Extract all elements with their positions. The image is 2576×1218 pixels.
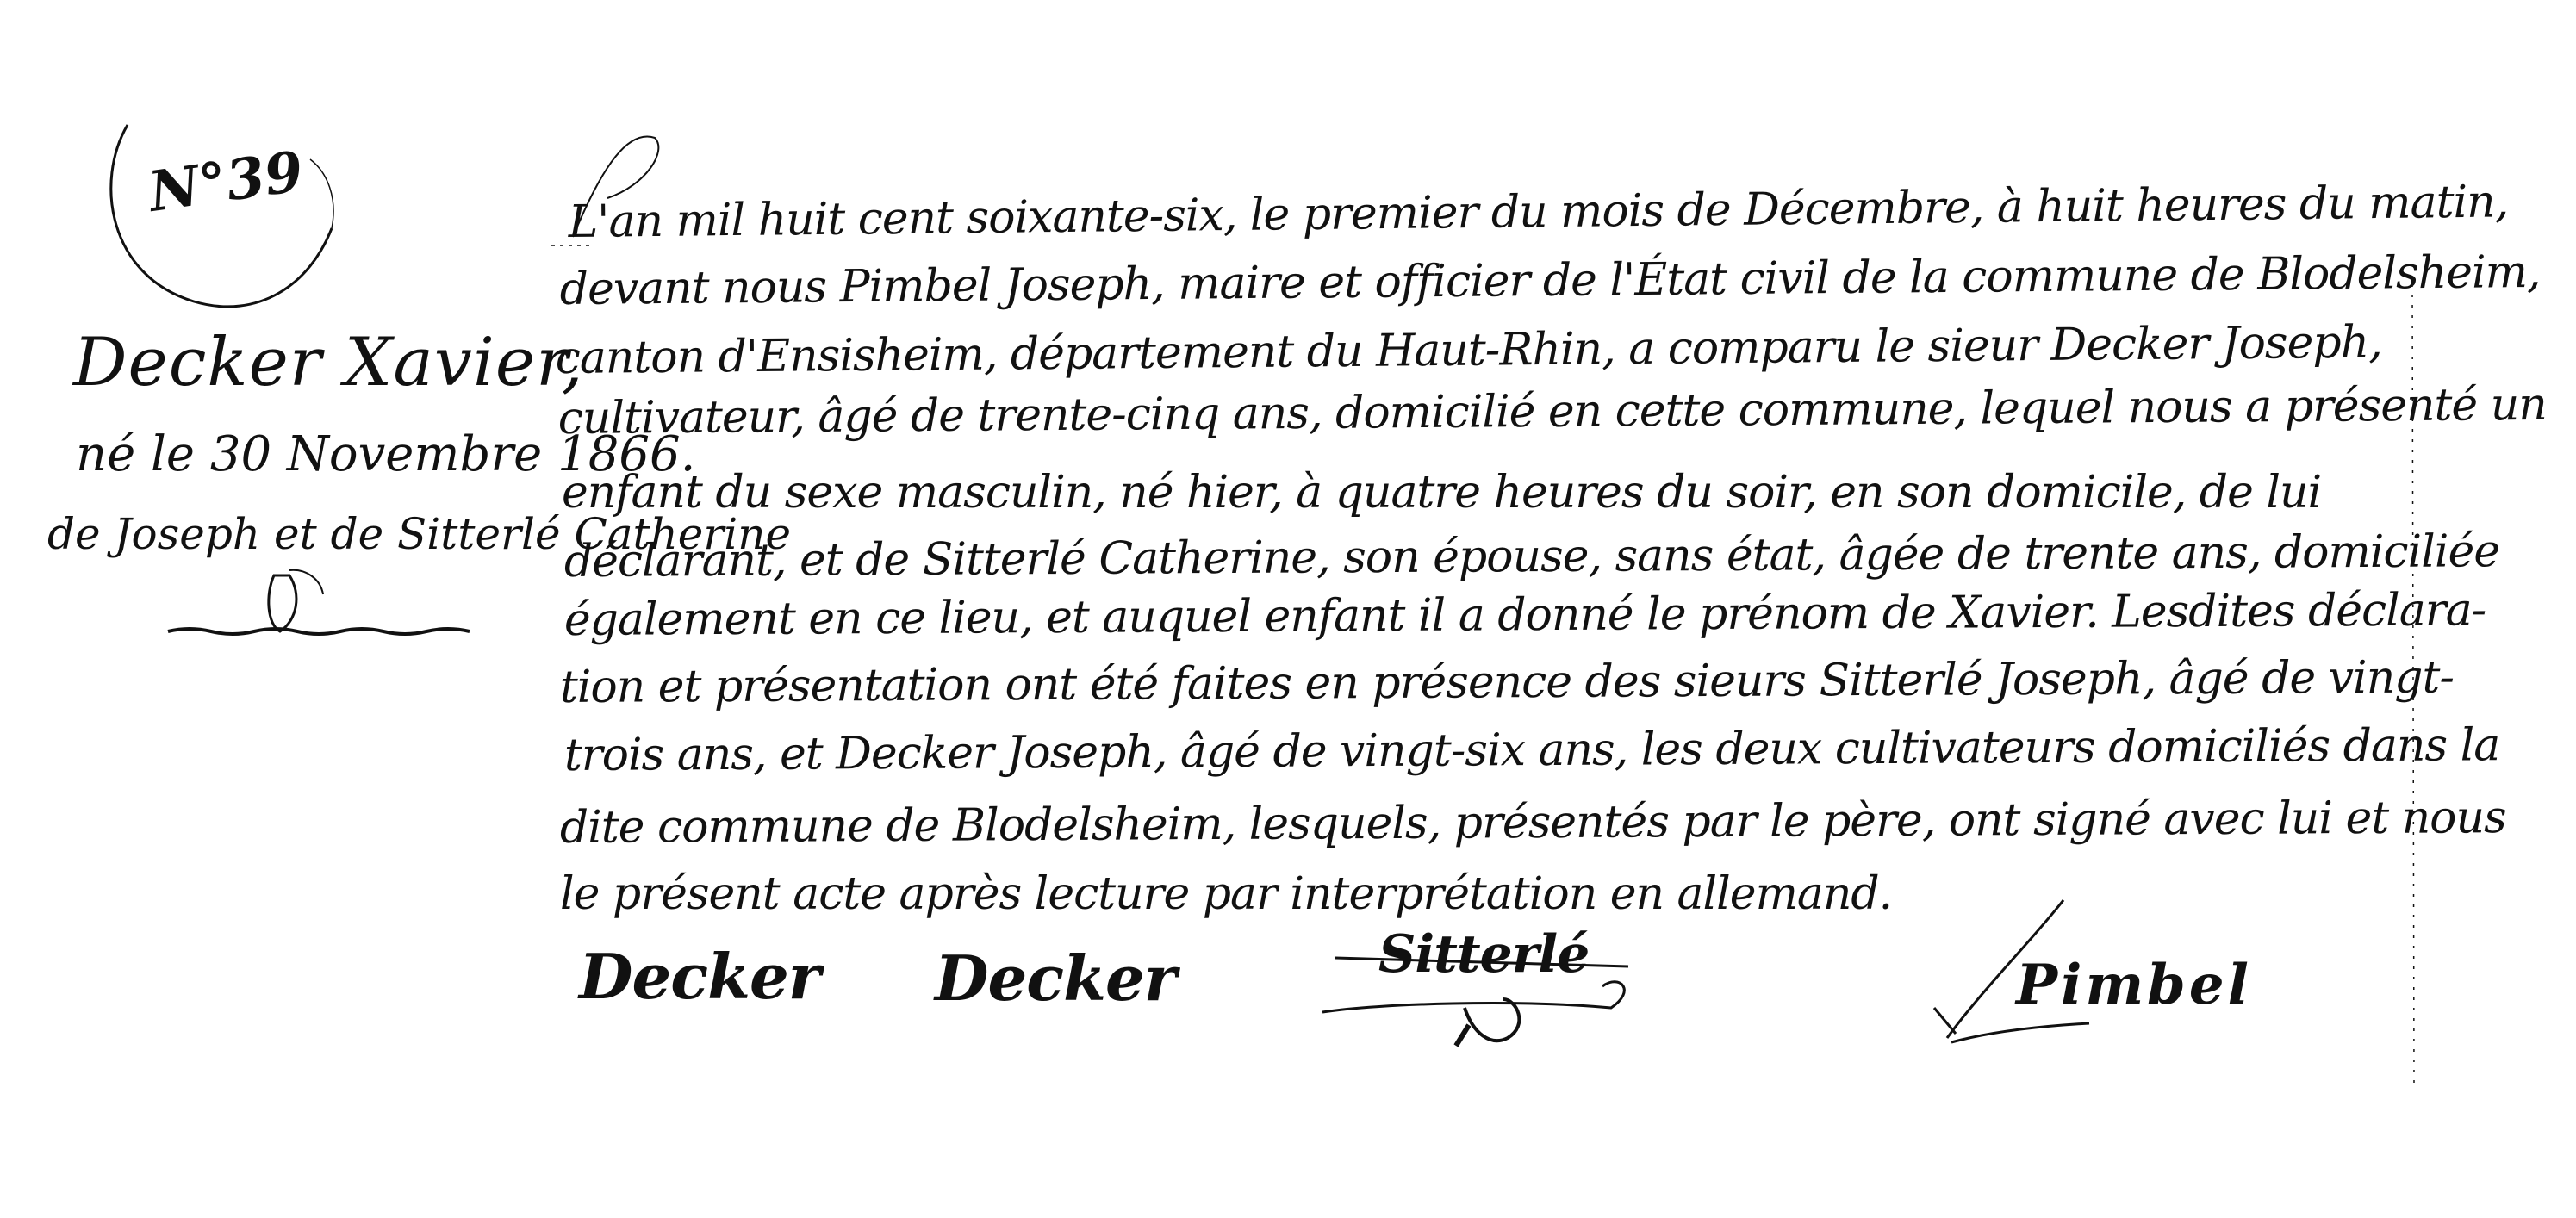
margin-name: Decker Xavier, bbox=[73, 329, 584, 396]
body-line-8: tion et présentation ont été faites en p… bbox=[560, 655, 2454, 710]
sitterle-mark bbox=[1465, 999, 1519, 1041]
body-line-5: enfant du sexe masculin, né hier, à quat… bbox=[562, 470, 2321, 515]
body-line-7: également en ce lieu, et auquel enfant i… bbox=[564, 587, 2486, 643]
body-line-10: dite commune de Blodelsheim, lesquels, p… bbox=[560, 795, 2506, 850]
body-line-9: trois ans, et Decker Joseph, âgé de ving… bbox=[564, 723, 2500, 778]
signature-witness-decker: Decker bbox=[935, 948, 1176, 1010]
body-line-6: déclarant, et de Sitterlé Catherine, son… bbox=[564, 529, 2499, 584]
margin-wavy-rule bbox=[168, 629, 470, 634]
body-line-11: le présent acte après lecture par interp… bbox=[560, 872, 1892, 917]
record-page: N°39 Decker Xavier, né le 30 Novembre 18… bbox=[0, 0, 2576, 1218]
signature-father: Decker bbox=[579, 946, 820, 1008]
record-number: N°39 bbox=[146, 145, 307, 221]
body-line-1: L'an mil huit cent soixante-six, le prem… bbox=[568, 179, 2508, 245]
body-line-2: devant nous Pimbel Joseph, maire et offi… bbox=[560, 250, 2541, 312]
margin-paraph-icon bbox=[269, 575, 296, 631]
body-line-3: canton d'Ensisheim, département du Haut-… bbox=[556, 320, 2382, 381]
body-line-4: cultivateur, âgé de trente-cinq ans, dom… bbox=[558, 382, 2547, 441]
sitterle-flourish bbox=[1322, 982, 1624, 1012]
signature-mayor-pimbel: Pimbel bbox=[2016, 958, 2252, 1013]
signature-witness-sitterle: Sitterlé bbox=[1378, 929, 1589, 980]
